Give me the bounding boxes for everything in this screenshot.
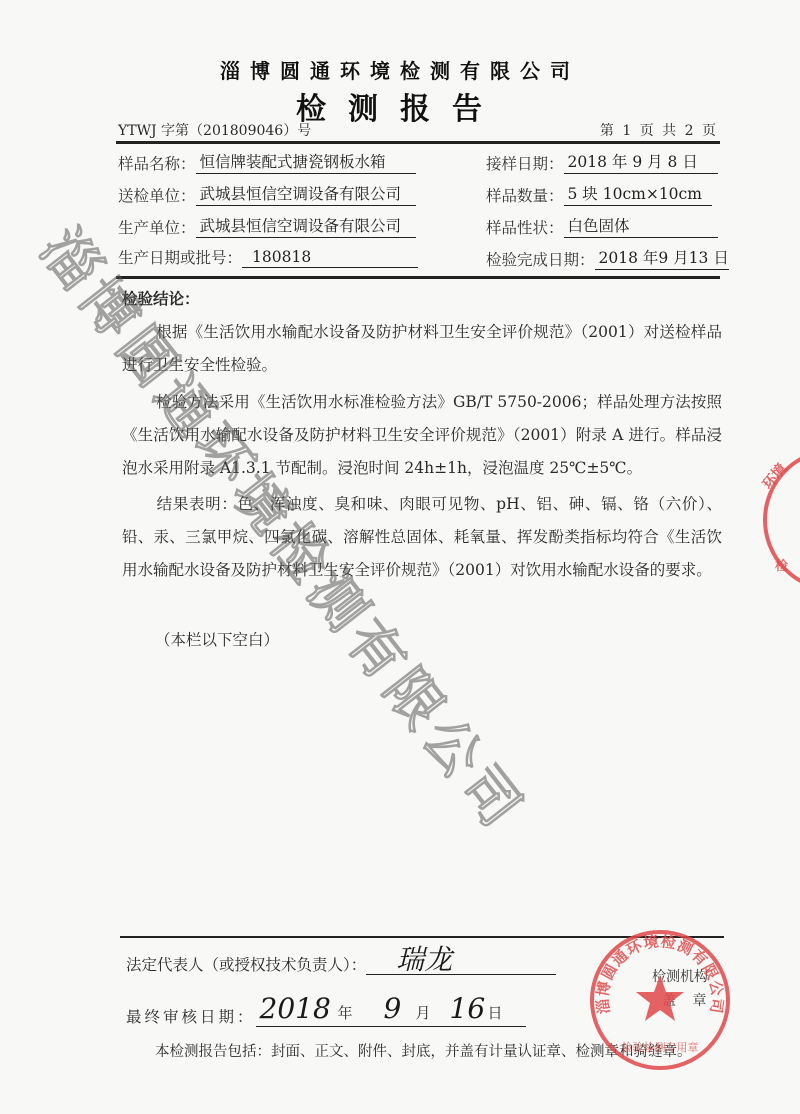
field-label: 接样日期： <box>486 152 564 174</box>
official-stamp-icon: 淄博圆通环境检测有限公司 检验检测专用章 <box>585 925 735 1075</box>
field-value: 武城县恒信空调设备有限公司 <box>196 214 416 238</box>
header-rule <box>116 141 720 144</box>
review-month: 9 <box>384 992 402 1025</box>
field-label: 样品性状： <box>486 216 564 238</box>
field-value: 2018 年 9 月 8 日 <box>564 150 718 174</box>
field-value: 白色固体 <box>564 214 718 238</box>
review-date-line: 2018 年 9 月 16 日 <box>256 996 526 1027</box>
field-sample-name: 样品名称： 恒信牌装配式搪瓷钢板水箱 <box>118 150 416 174</box>
field-label: 样品数量： <box>486 184 564 206</box>
review-day: 16 <box>450 992 486 1025</box>
field-label: 检验完成日期： <box>486 248 595 270</box>
field-label: 样品名称： <box>118 152 196 174</box>
representative-label: 法定代表人（或授权技术负责人）： <box>126 953 366 975</box>
svg-text:检: 检 <box>775 558 789 574</box>
field-value: 180818 <box>242 248 418 268</box>
fields-rule <box>116 276 720 279</box>
signature: 瑞龙 <box>396 938 452 978</box>
review-date-row: 最终审核日期： 2018 年 9 月 16 日 <box>126 996 526 1027</box>
field-receive-date: 接样日期： 2018 年 9 月 8 日 <box>486 150 718 174</box>
field-label: 生产单位： <box>118 216 196 238</box>
field-submitter: 送检单位： 武城县恒信空调设备有限公司 <box>118 182 416 206</box>
field-value: 武城县恒信空调设备有限公司 <box>196 182 416 206</box>
page-number: 第 1 页 共 2 页 <box>600 120 718 140</box>
seam-stamp-icon: 环境 检 <box>755 440 800 600</box>
report-number: YTWJ 字第（201809046）号 <box>118 120 311 140</box>
field-batch: 生产日期或批号： 180818 <box>118 246 418 268</box>
signature-line: 瑞龙 <box>366 950 556 975</box>
paragraph-text: 根据《生活饮用水输配水设备及防护材料卫生安全评价规范》（2001）对送检样品进行… <box>122 323 722 374</box>
review-year: 2018 <box>260 992 331 1025</box>
conclusion-paragraph-3: 结果表明：色、浑浊度、臭和味、肉眼可见物、pH、铝、砷、镉、铬（六价）、铅、汞、… <box>122 488 722 587</box>
svg-text:环境: 环境 <box>759 460 790 492</box>
field-label: 生产日期或批号： <box>118 246 242 268</box>
blank-note: （本栏以下空白） <box>155 628 279 650</box>
svg-text:检验检测专用章: 检验检测专用章 <box>622 1040 699 1054</box>
field-quantity: 样品数量： 5 块 10cm×10cm <box>486 182 712 206</box>
field-value: 5 块 10cm×10cm <box>564 182 712 206</box>
review-date-label: 最终审核日期： <box>126 1005 256 1027</box>
year-unit: 年 <box>338 1002 353 1023</box>
field-appearance: 样品性状： 白色固体 <box>486 214 718 238</box>
day-unit: 日 <box>488 1002 503 1023</box>
field-complete-date: 检验完成日期： 2018 年9 月13 日 <box>486 246 729 270</box>
representative-row: 法定代表人（或授权技术负责人）： 瑞龙 <box>126 950 556 975</box>
month-unit: 月 <box>416 1002 431 1023</box>
field-value: 恒信牌装配式搪瓷钢板水箱 <box>196 150 416 174</box>
paragraph-text: 结果表明：色、浑浊度、臭和味、肉眼可见物、pH、铝、砷、镉、铬（六价）、铅、汞、… <box>122 495 722 579</box>
field-value: 2018 年9 月13 日 <box>595 246 729 270</box>
company-name: 淄博圆通环境检测有限公司 <box>0 55 800 84</box>
report-page: 淄博圆通环境检测有限公司 检测报告 YTWJ 字第（201809046）号 第 … <box>0 0 800 1114</box>
field-label: 送检单位： <box>118 184 196 206</box>
field-manufacturer: 生产单位： 武城县恒信空调设备有限公司 <box>118 214 416 238</box>
